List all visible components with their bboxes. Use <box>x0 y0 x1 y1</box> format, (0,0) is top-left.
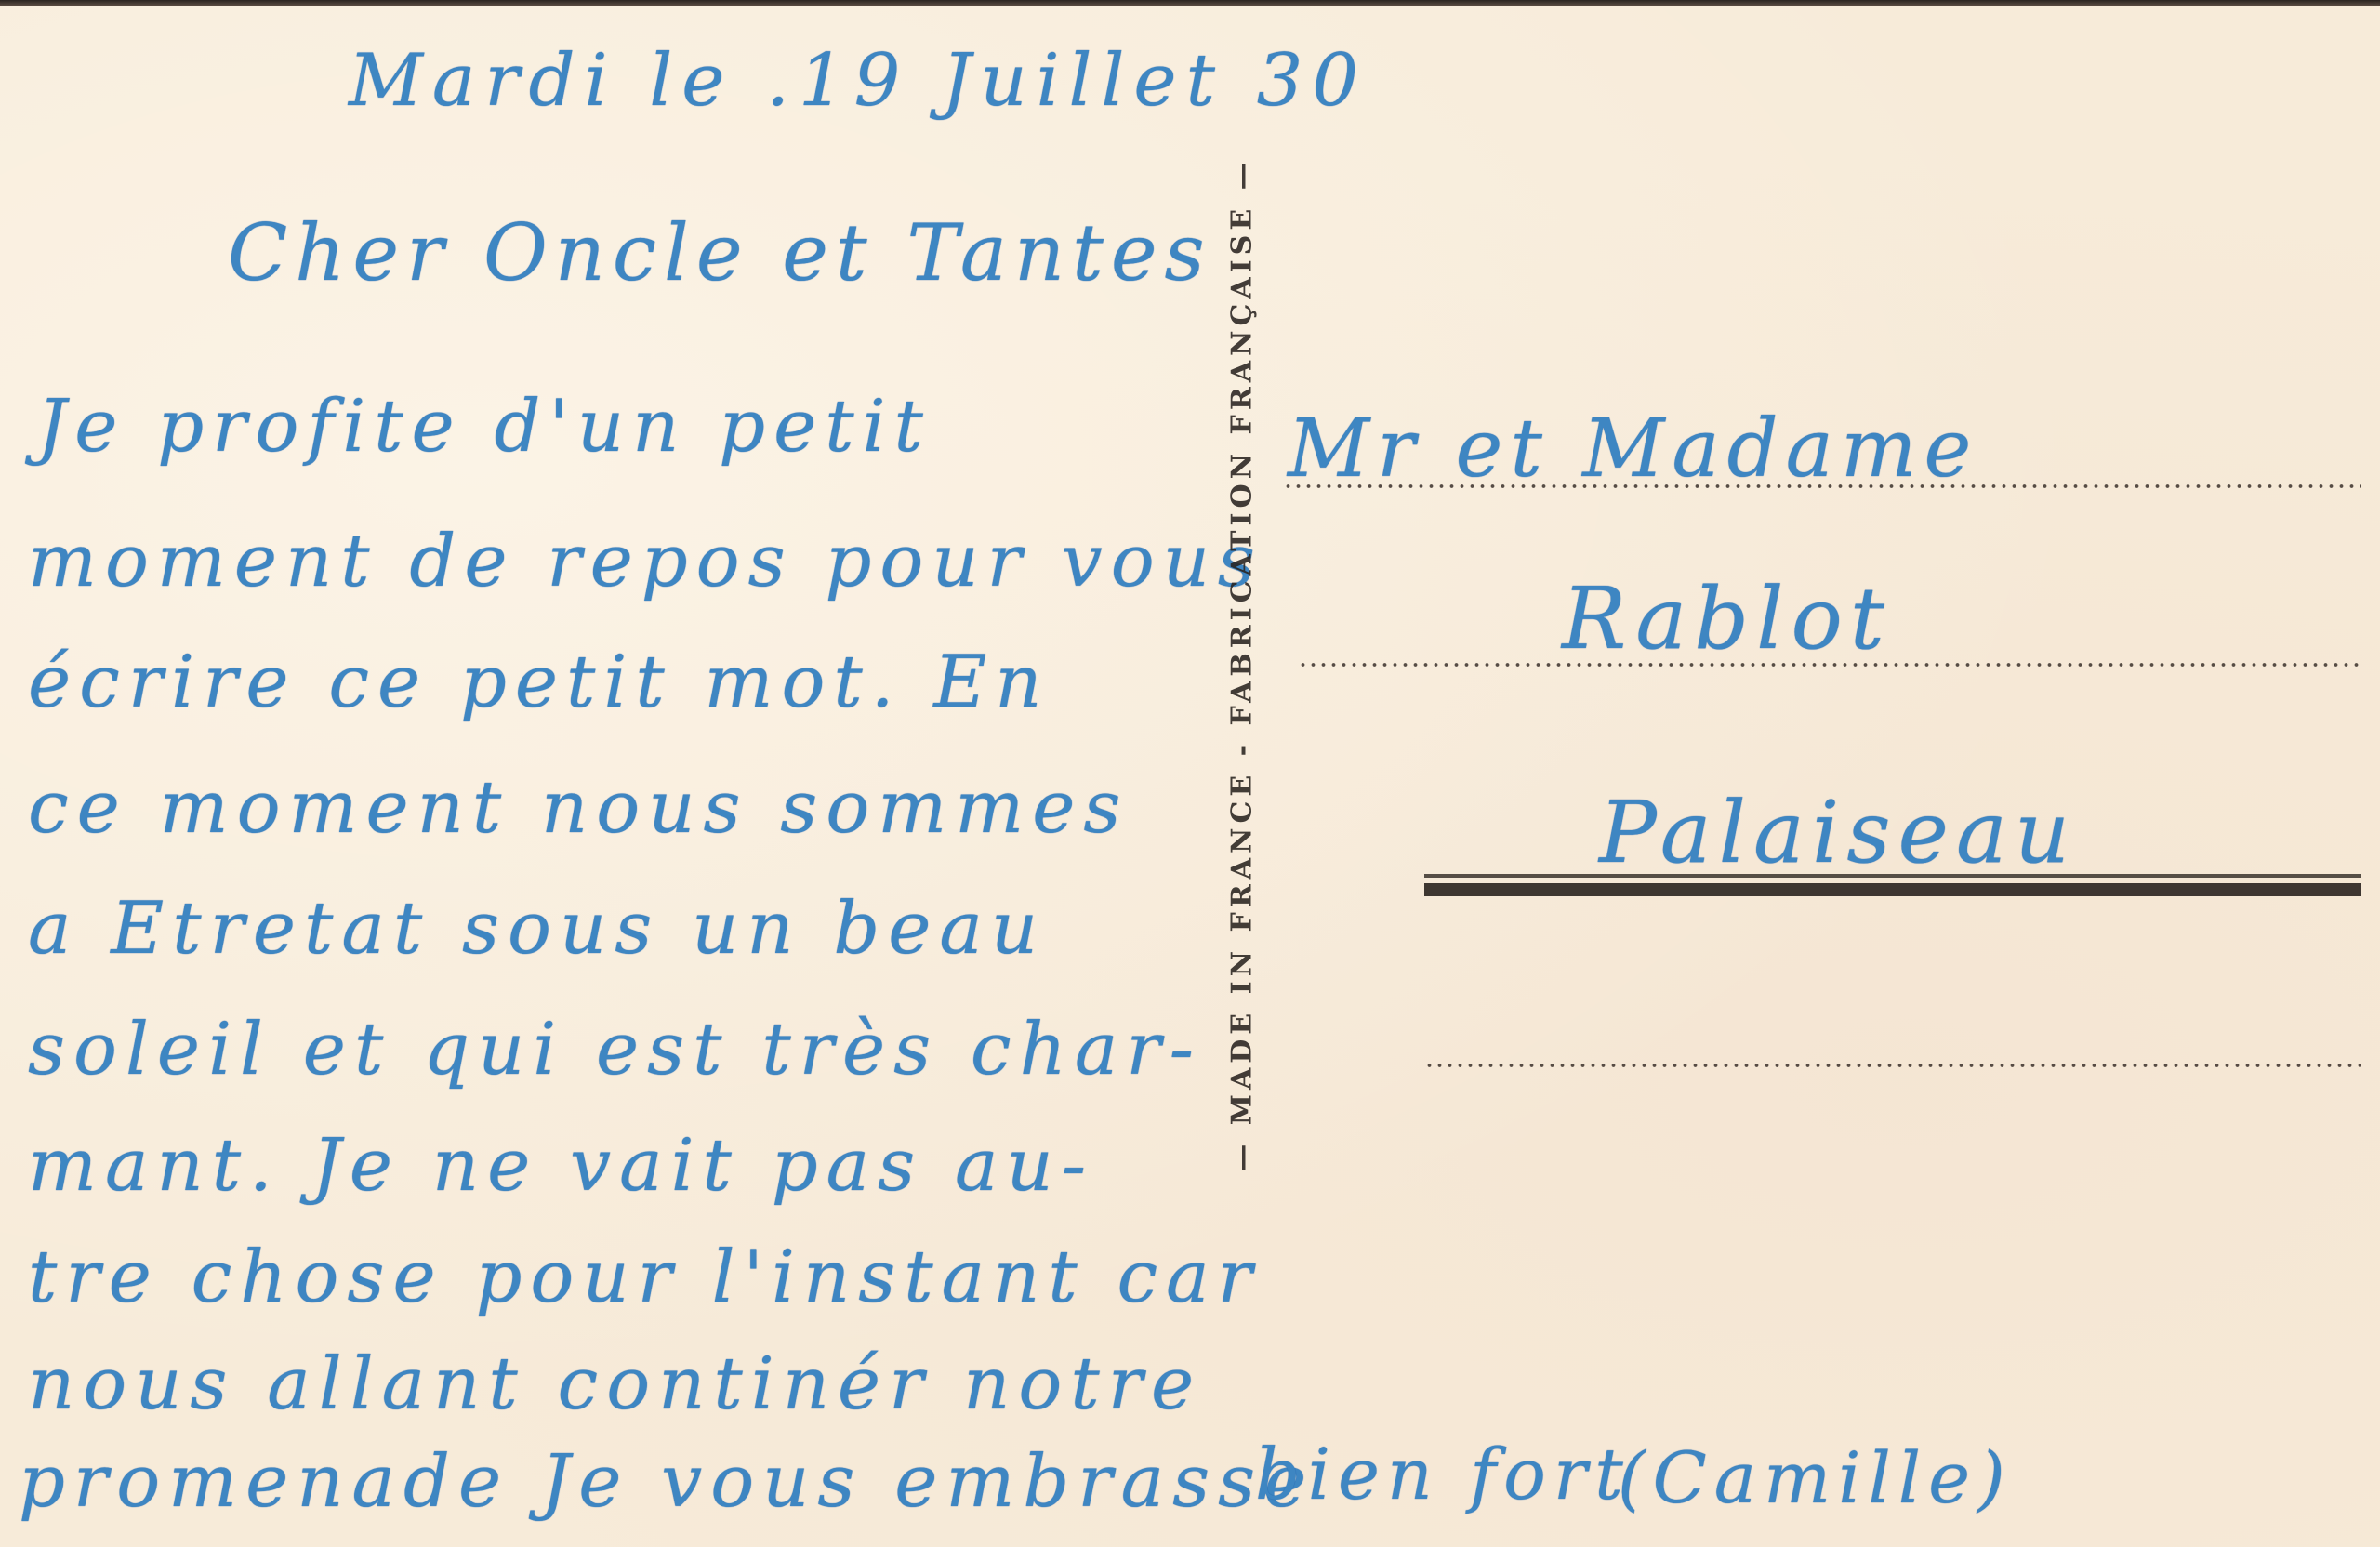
address-dotted-line-1 <box>1283 483 2361 489</box>
message-date: Mardi le .19 Juillet 30 <box>349 45 1368 117</box>
signature: (Camille) <box>1618 1443 2013 1514</box>
message-line: mant. Je ne vait pas au- <box>28 1130 1094 1202</box>
message-line: écrire ce petit mot. En <box>28 646 1051 719</box>
message-line: a Etretat sous un beau <box>28 892 1046 965</box>
message-line: nous allant continér notre <box>28 1348 1202 1421</box>
address-dotted-line-2 <box>1298 662 2361 668</box>
address-dotted-line-3 <box>1424 1063 2361 1068</box>
message-line: moment de repos pour vous <box>28 525 1263 598</box>
address-line-name: Rablot <box>1562 576 1892 662</box>
card-top-edge <box>0 0 2380 6</box>
message-line: ce moment nous sommes <box>28 772 1129 844</box>
message-greeting: Cher Oncle et Tantes <box>228 214 1212 292</box>
message-line: soleil et qui est très char- <box>28 1013 1202 1086</box>
message-line: tre chose pour l'instant car <box>28 1241 1261 1314</box>
address-city-rule-thick <box>1424 883 2361 896</box>
postcard-back: Mardi le .19 Juillet 30 Cher Oncle et Ta… <box>0 0 2380 1547</box>
message-closing: bien fort <box>1255 1439 1631 1510</box>
message-line: promenade Je vous embrasse <box>19 1446 1315 1518</box>
address-line-city: Palaiseau <box>1599 790 2077 876</box>
made-in-france-divider: — MADE IN FRANCE - FABRICATION FRANÇAISE… <box>1226 157 1259 1171</box>
address-line-recipient: Mr et Madame <box>1288 409 1978 489</box>
address-city-rule-thin <box>1424 874 2361 878</box>
message-line: Je profite d'un petit <box>37 390 932 463</box>
